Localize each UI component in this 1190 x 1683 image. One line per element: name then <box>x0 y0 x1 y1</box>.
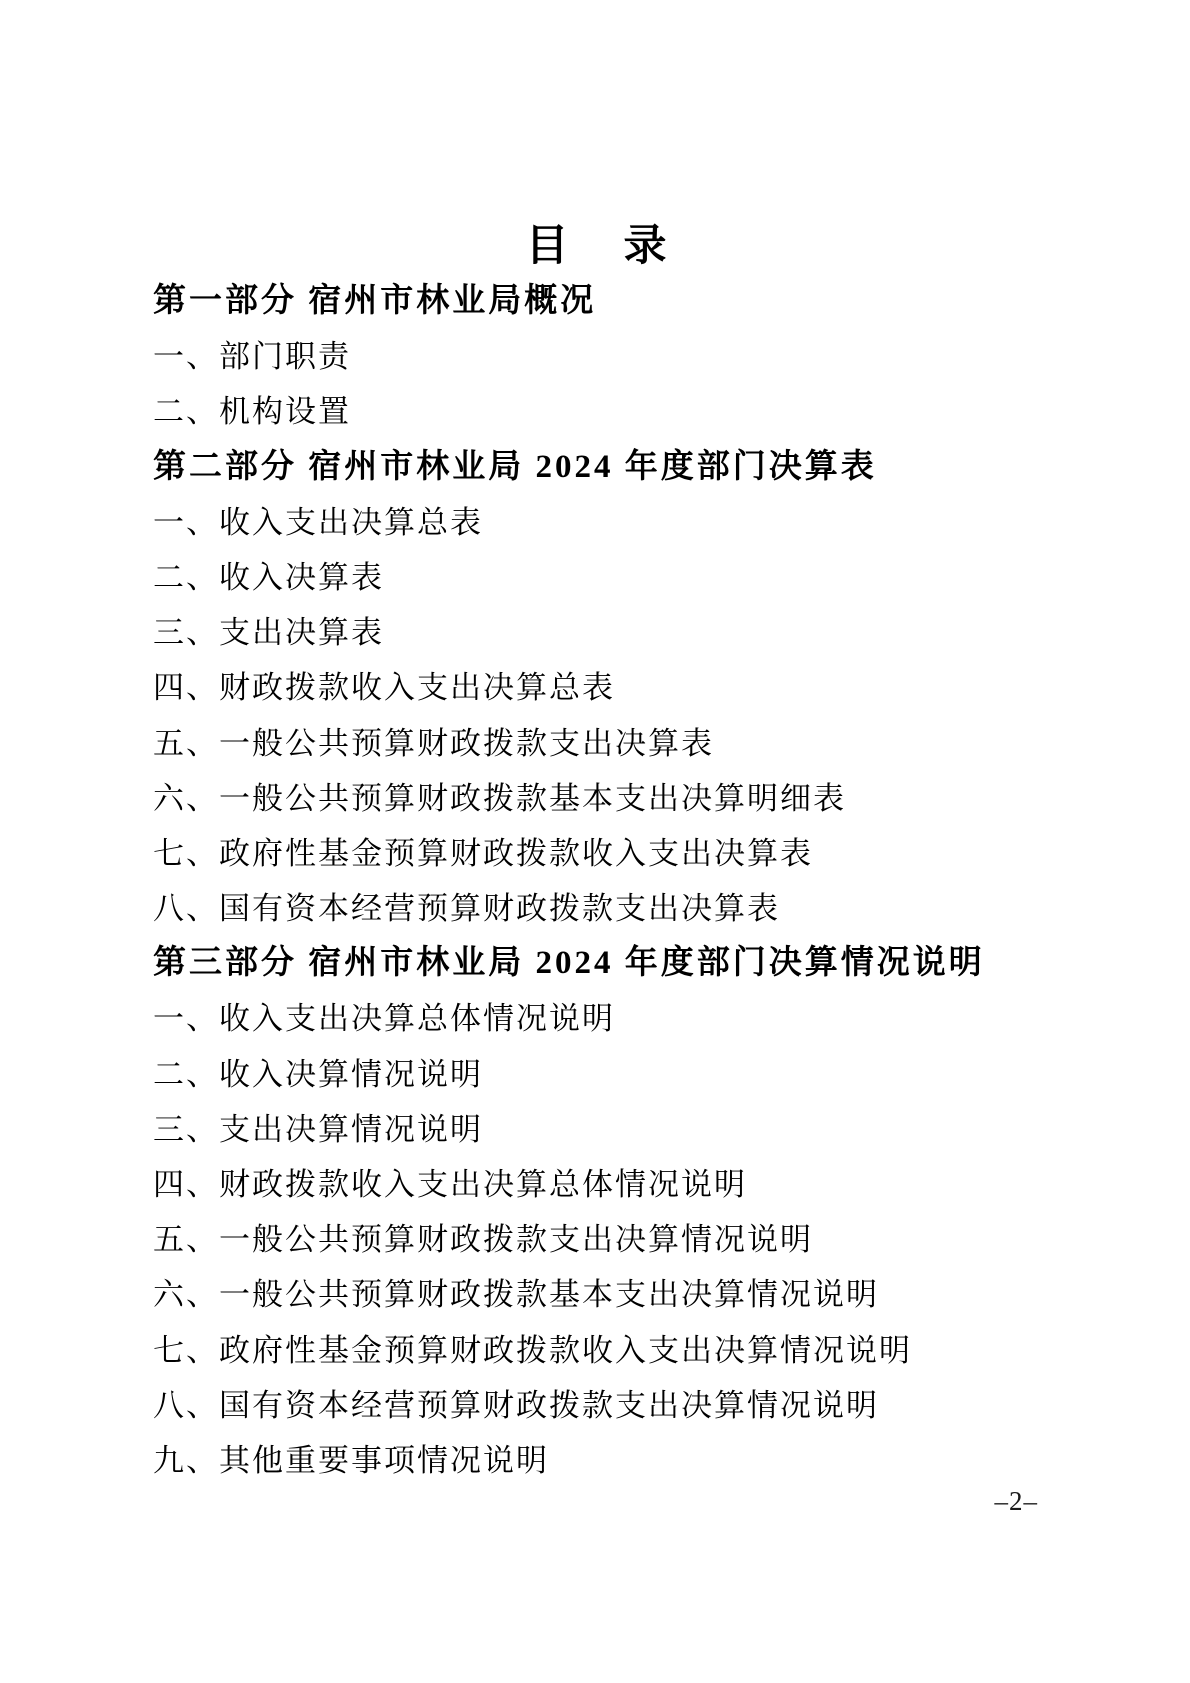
toc-item: 一、收入支出决算总体情况说明 <box>153 991 1045 1046</box>
document-page: 目 录 第一部分 宿州市林业局概况 一、部门职责 二、机构设置 第二部分 宿州市… <box>0 0 1190 1683</box>
toc-item: 九、其他重要事项情况说明 <box>153 1433 1045 1488</box>
toc-item: 六、一般公共预算财政拨款基本支出决算明细表 <box>153 771 1045 826</box>
toc-item: 八、国有资本经营预算财政拨款支出决算情况说明 <box>153 1378 1045 1433</box>
toc-item: 六、一般公共预算财政拨款基本支出决算情况说明 <box>153 1267 1045 1322</box>
toc-item: 二、收入决算表 <box>153 550 1045 605</box>
toc-item: 三、支出决算表 <box>153 605 1045 660</box>
toc-item: 七、政府性基金预算财政拨款收入支出决算情况说明 <box>153 1323 1045 1378</box>
section-heading-part3: 第三部分 宿州市林业局 2024 年度部门决算情况说明 <box>153 936 1045 991</box>
page-number: –2– <box>995 1486 1039 1517</box>
document-title: 目 录 <box>153 219 1045 274</box>
toc-item: 八、国有资本经营预算财政拨款支出决算表 <box>153 881 1045 936</box>
toc-item: 五、一般公共预算财政拨款支出决算表 <box>153 716 1045 771</box>
toc-item: 二、收入决算情况说明 <box>153 1047 1045 1102</box>
toc-item: 五、一般公共预算财政拨款支出决算情况说明 <box>153 1212 1045 1267</box>
toc-content: 目 录 第一部分 宿州市林业局概况 一、部门职责 二、机构设置 第二部分 宿州市… <box>153 0 1045 1488</box>
toc-item: 四、财政拨款收入支出决算总表 <box>153 660 1045 715</box>
toc-item: 三、支出决算情况说明 <box>153 1102 1045 1157</box>
toc-item: 一、收入支出决算总表 <box>153 495 1045 550</box>
section-heading-part2: 第二部分 宿州市林业局 2024 年度部门决算表 <box>153 440 1045 495</box>
toc-item: 一、部门职责 <box>153 329 1045 384</box>
toc-item: 七、政府性基金预算财政拨款收入支出决算表 <box>153 826 1045 881</box>
toc-item: 四、财政拨款收入支出决算总体情况说明 <box>153 1157 1045 1212</box>
toc-item: 二、机构设置 <box>153 384 1045 439</box>
section-heading-part1: 第一部分 宿州市林业局概况 <box>153 274 1045 329</box>
